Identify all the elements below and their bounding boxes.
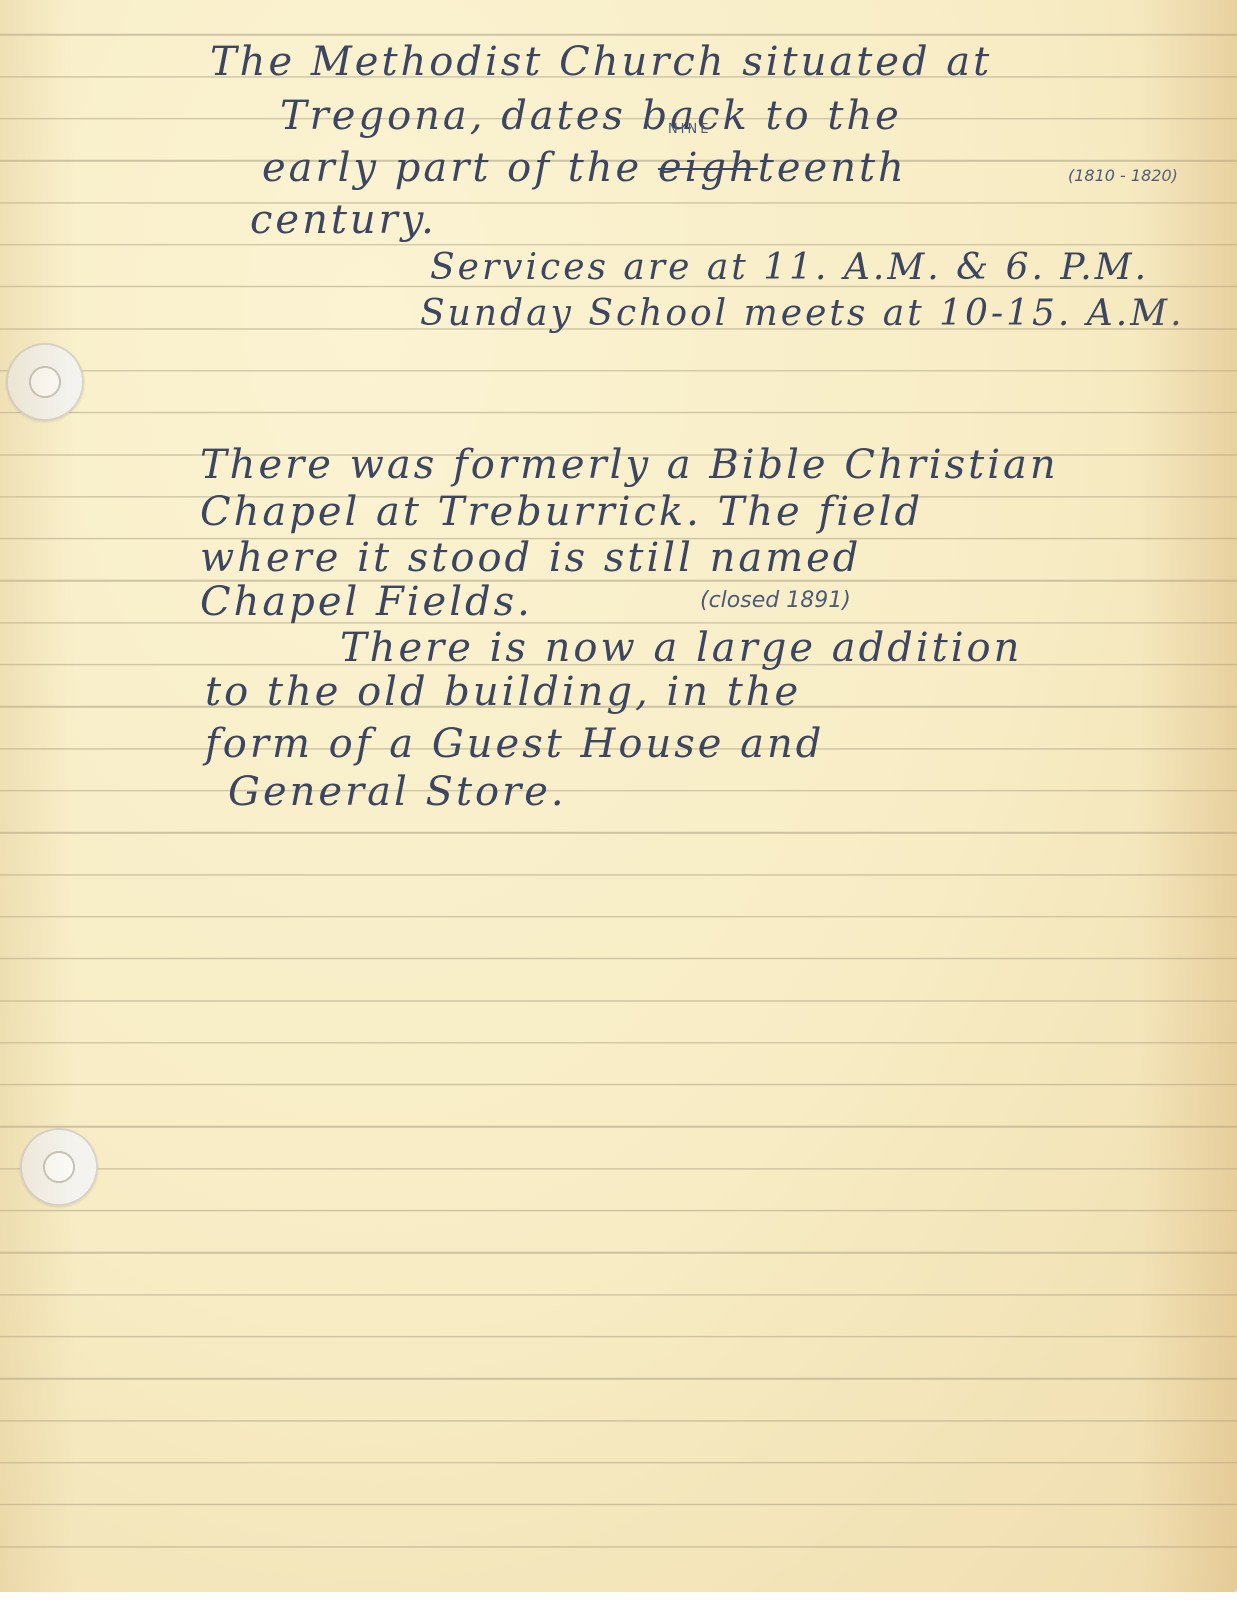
sunday-school-time: Sunday School meets at 10-15. A.M. xyxy=(420,296,1185,332)
p1-line-2: Tregona, dates back to the xyxy=(280,96,902,136)
word-suffix: teenth xyxy=(758,145,907,191)
corrected-word: eighteenth NINE xyxy=(658,145,907,191)
p1-line-3: early part of the eighteenth NINE xyxy=(262,148,907,188)
services-times: Services are at 11. A.M. & 6. P.M. xyxy=(430,250,1149,286)
margin-date-note: (1810 - 1820) xyxy=(1068,166,1178,185)
p1-line-1: The Methodist Church situated at xyxy=(210,42,992,82)
p3-line-4: General Store. xyxy=(228,772,567,812)
p3-line-3: form of a Guest House and xyxy=(205,724,824,764)
hole-reinforcement-bottom xyxy=(20,1128,98,1206)
closed-date-note: (closed 1891) xyxy=(700,588,851,613)
p2-line-4: Chapel Fields. xyxy=(200,582,533,622)
p2-line-1: There was formerly a Bible Christian xyxy=(200,445,1059,485)
hole-reinforcement-top xyxy=(6,343,84,421)
p1-line-3-text: early part of the xyxy=(262,145,642,191)
struck-text: eigh xyxy=(658,145,758,191)
p2-line-3: where it stood is still named xyxy=(200,538,861,578)
p2-line-2: Chapel at Treburrick. The field xyxy=(200,492,923,532)
lined-paper-page: The Methodist Church situated at Tregona… xyxy=(0,0,1237,1592)
p3-line-2: to the old building, in the xyxy=(205,672,801,712)
p3-line-1: There is now a large addition xyxy=(340,628,1022,668)
correction-above: NINE xyxy=(668,123,712,136)
p1-line-4: century. xyxy=(250,200,437,240)
